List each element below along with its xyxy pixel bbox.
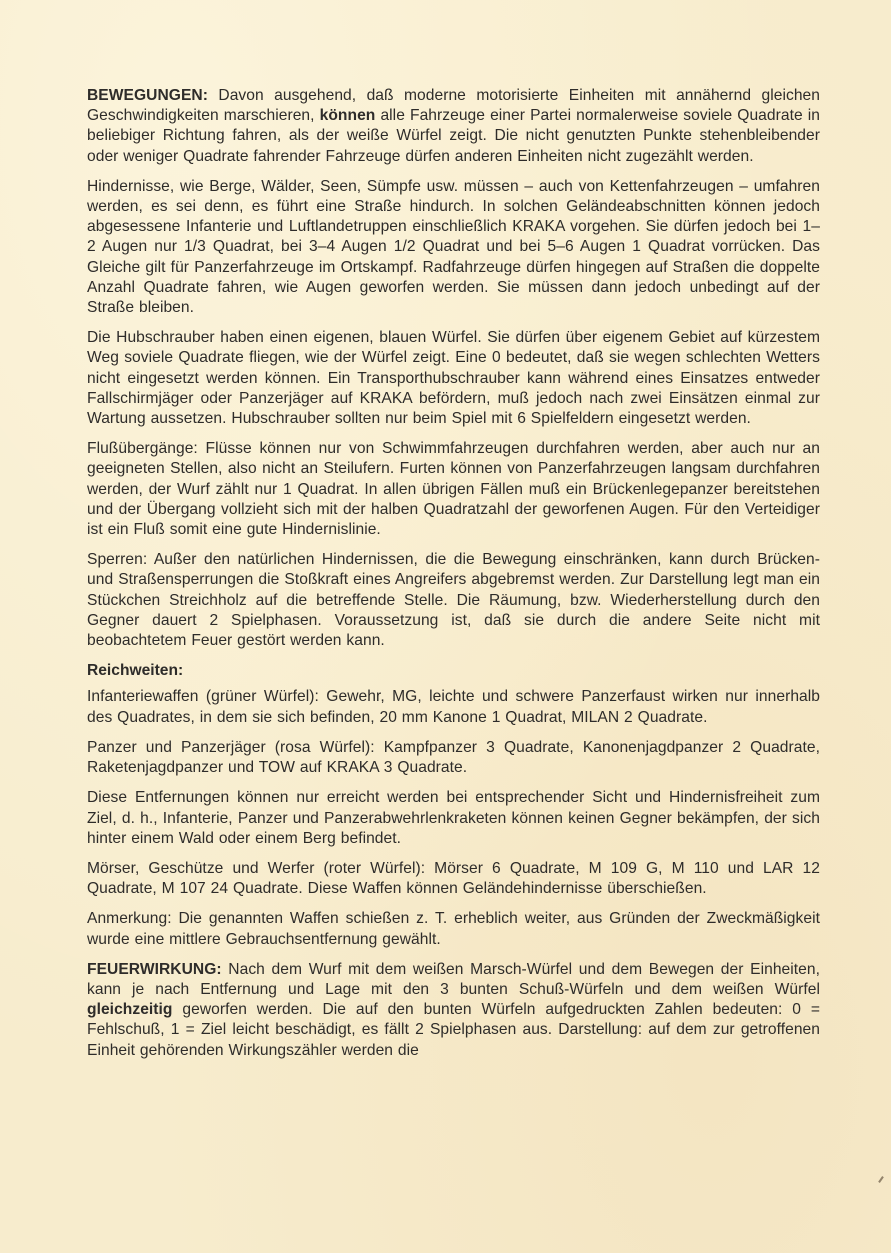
section-lead-bewegungen: BEWEGUNGEN: (87, 87, 208, 104)
emphasis-gleichzeitig: gleichzeitig (87, 1001, 173, 1018)
paragraph-moerser: Mörser, Geschütze und Werfer (roter Würf… (87, 859, 820, 899)
paragraph-entfernungen: Diese Entfernungen können nur erreicht w… (87, 788, 820, 849)
text-run: geworfen werden. Die auf den bunten Würf… (87, 1001, 820, 1058)
paragraph-bewegungen: BEWEGUNGEN: Davon ausgehend, daß moderne… (87, 86, 820, 167)
emphasis-koennen: können (320, 107, 376, 124)
heading-reichweiten: Reichweiten: (87, 661, 820, 681)
section-lead-feuerwirkung: FEUERWIRKUNG: (87, 961, 222, 978)
paragraph-anmerkung: Anmerkung: Die genannten Waffen schießen… (87, 909, 820, 949)
paper-speck-mark (878, 1176, 884, 1183)
document-page: BEWEGUNGEN: Davon ausgehend, daß moderne… (87, 86, 820, 1071)
paragraph-feuerwirkung: FEUERWIRKUNG: Nach dem Wurf mit dem weiß… (87, 960, 820, 1061)
paragraph-hubschrauber: Die Hubschrauber haben einen eigenen, bl… (87, 328, 820, 429)
paragraph-hindernisse: Hindernisse, wie Berge, Wälder, Seen, Sü… (87, 177, 820, 318)
paragraph-infanteriewaffen: Infanteriewaffen (grüner Würfel): Gewehr… (87, 687, 820, 727)
paragraph-sperren: Sperren: Außer den natürlichen Hindernis… (87, 550, 820, 651)
paragraph-panzer: Panzer und Panzerjäger (rosa Würfel): Ka… (87, 738, 820, 778)
paragraph-flussuebergaenge: Flußübergänge: Flüsse können nur von Sch… (87, 439, 820, 540)
